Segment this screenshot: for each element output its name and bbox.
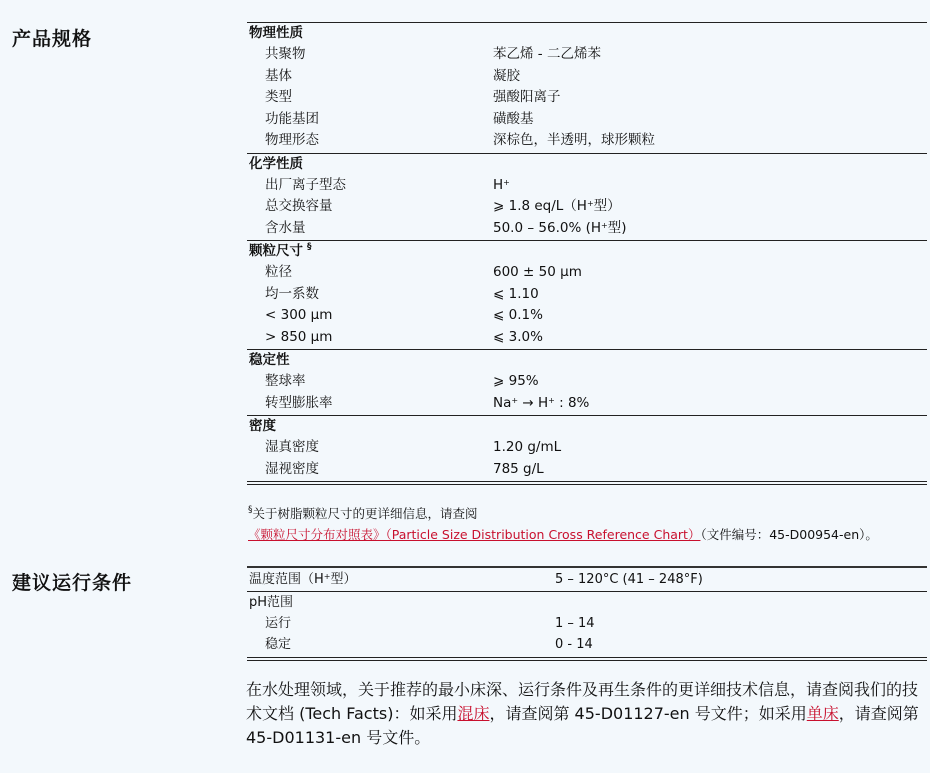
row-value: 1.20 g/mL bbox=[477, 437, 927, 459]
row-value: ⩾ 1.8 eq/L（H+型） bbox=[477, 196, 927, 218]
row-label: > 850 µm bbox=[247, 327, 477, 349]
row-value: 凝胶 bbox=[477, 66, 927, 88]
row-value: 785 g/L bbox=[477, 459, 927, 481]
group-heading: 物理性质 bbox=[247, 23, 927, 44]
row-value: Na+ → H+ : 8% bbox=[477, 393, 927, 415]
row-value: 强酸阳离子 bbox=[477, 87, 927, 109]
tech-facts-paragraph: 在水处理领域，关于推荐的最小床深、运行条件及再生条件的更详细技术信息，请查阅我们… bbox=[246, 678, 926, 750]
table-row: 共聚物苯乙烯 - 二乙烯苯 bbox=[247, 44, 927, 66]
row-label: 整球率 bbox=[247, 371, 477, 393]
spec-group-particle-size: 颗粒尺寸§ 粒径600 ± 50 µm 均一系数⩽ 1.10 < 300 µm⩽… bbox=[247, 241, 927, 350]
table-row: 稳定 0 - 14 bbox=[247, 634, 927, 655]
row-value: ⩽ 0.1% bbox=[477, 305, 927, 327]
row-label: pH范围 bbox=[247, 592, 555, 613]
row-label: 共聚物 bbox=[247, 44, 477, 66]
footnote-doc-number: （文件编号：45-D00954-en）。 bbox=[700, 527, 877, 542]
table-row: 湿真密度1.20 g/mL bbox=[247, 437, 927, 459]
table-row: 温度范围（H+型） 5 – 120°C (41 – 248°F) bbox=[247, 568, 927, 592]
operating-conditions-table: 温度范围（H+型） 5 – 120°C (41 – 248°F) pH范围 运行… bbox=[247, 566, 927, 661]
row-label: 温度范围（H+型） bbox=[247, 568, 555, 591]
table-row: 基体凝胶 bbox=[247, 66, 927, 88]
row-label: 均一系数 bbox=[247, 284, 477, 306]
row-value: ⩽ 1.10 bbox=[477, 284, 927, 306]
row-value: ⩽ 3.0% bbox=[477, 327, 927, 349]
table-row: 湿视密度785 g/L bbox=[247, 459, 927, 481]
particle-size-footnote: §关于树脂颗粒尺寸的更详细信息，请查阅《颗粒尺寸分布对照表》（Particle … bbox=[248, 503, 928, 545]
group-heading: 密度 bbox=[247, 416, 927, 437]
row-label: < 300 µm bbox=[247, 305, 477, 327]
spec-group-chemical: 化学性质 出厂离子型态H+ 总交换容量⩾ 1.8 eq/L（H+型） 含水量50… bbox=[247, 154, 927, 242]
row-label: 基体 bbox=[247, 66, 477, 88]
spec-group-physical: 物理性质 共聚物苯乙烯 - 二乙烯苯 基体凝胶 类型强酸阳离子 功能基团磺酸基 … bbox=[247, 23, 927, 154]
table-row: 含水量50.0 – 56.0% (H+型) bbox=[247, 218, 927, 240]
row-value: 600 ± 50 µm bbox=[477, 262, 927, 284]
footnote-mark: § bbox=[307, 242, 312, 252]
table-row: 总交换容量⩾ 1.8 eq/L（H+型） bbox=[247, 196, 927, 218]
row-value: 50.0 – 56.0% (H+型) bbox=[477, 218, 927, 240]
row-label: 转型膨胀率 bbox=[247, 393, 477, 415]
row-label: 稳定 bbox=[247, 634, 555, 655]
table-row: pH范围 bbox=[247, 592, 927, 613]
row-label: 运行 bbox=[247, 613, 555, 634]
table-row: 转型膨胀率Na+ → H+ : 8% bbox=[247, 393, 927, 415]
row-label: 湿视密度 bbox=[247, 459, 477, 481]
row-value: 1 – 14 bbox=[555, 613, 927, 634]
product-specs-table: 物理性质 共聚物苯乙烯 - 二乙烯苯 基体凝胶 类型强酸阳离子 功能基团磺酸基 … bbox=[247, 22, 927, 485]
table-row: 出厂离子型态H+ bbox=[247, 175, 927, 197]
table-row: 整球率⩾ 95% bbox=[247, 371, 927, 393]
mixed-bed-link[interactable]: 混床 bbox=[457, 704, 489, 723]
group-heading: 颗粒尺寸§ bbox=[247, 241, 927, 262]
row-label: 类型 bbox=[247, 87, 477, 109]
table-row: < 300 µm⩽ 0.1% bbox=[247, 305, 927, 327]
footnote-mark: § bbox=[248, 505, 253, 515]
row-label: 粒径 bbox=[247, 262, 477, 284]
row-value: 5 – 120°C (41 – 248°F) bbox=[555, 568, 927, 591]
row-value: 0 - 14 bbox=[555, 634, 927, 655]
table-row: 物理形态深棕色，半透明，球形颗粒 bbox=[247, 130, 927, 152]
table-row: 类型强酸阳离子 bbox=[247, 87, 927, 109]
footnote-text: 关于树脂颗粒尺寸的更详细信息，请查阅 bbox=[253, 506, 478, 521]
row-label: 功能基团 bbox=[247, 109, 477, 131]
row-value: H+ bbox=[477, 175, 927, 197]
table-row: > 850 µm⩽ 3.0% bbox=[247, 327, 927, 349]
table-row: 均一系数⩽ 1.10 bbox=[247, 284, 927, 306]
row-value: 苯乙烯 - 二乙烯苯 bbox=[477, 44, 927, 66]
row-label: 出厂离子型态 bbox=[247, 175, 477, 197]
row-label: 总交换容量 bbox=[247, 196, 477, 218]
particle-size-chart-link[interactable]: 《颗粒尺寸分布对照表》（Particle Size Distribution C… bbox=[248, 527, 700, 542]
table-row: 运行 1 – 14 bbox=[247, 613, 927, 634]
row-label: 物理形态 bbox=[247, 130, 477, 152]
table-row: 功能基团磺酸基 bbox=[247, 109, 927, 131]
row-label: 含水量 bbox=[247, 218, 477, 240]
operating-conditions-title: 建议运行条件 bbox=[12, 568, 132, 595]
table-row: 粒径600 ± 50 µm bbox=[247, 262, 927, 284]
spec-group-stability: 稳定性 整球率⩾ 95% 转型膨胀率Na+ → H+ : 8% bbox=[247, 350, 927, 416]
spec-group-density: 密度 湿真密度1.20 g/mL 湿视密度785 g/L bbox=[247, 416, 927, 485]
row-value: 磺酸基 bbox=[477, 109, 927, 131]
table-bottom-rule bbox=[247, 655, 927, 661]
row-label: 湿真密度 bbox=[247, 437, 477, 459]
row-value: 深棕色，半透明，球形颗粒 bbox=[477, 130, 927, 152]
group-heading: 稳定性 bbox=[247, 350, 927, 371]
product-specs-title: 产品规格 bbox=[12, 24, 92, 51]
row-value: ⩾ 95% bbox=[477, 371, 927, 393]
single-bed-link[interactable]: 单床 bbox=[807, 704, 839, 723]
group-heading: 化学性质 bbox=[247, 154, 927, 175]
